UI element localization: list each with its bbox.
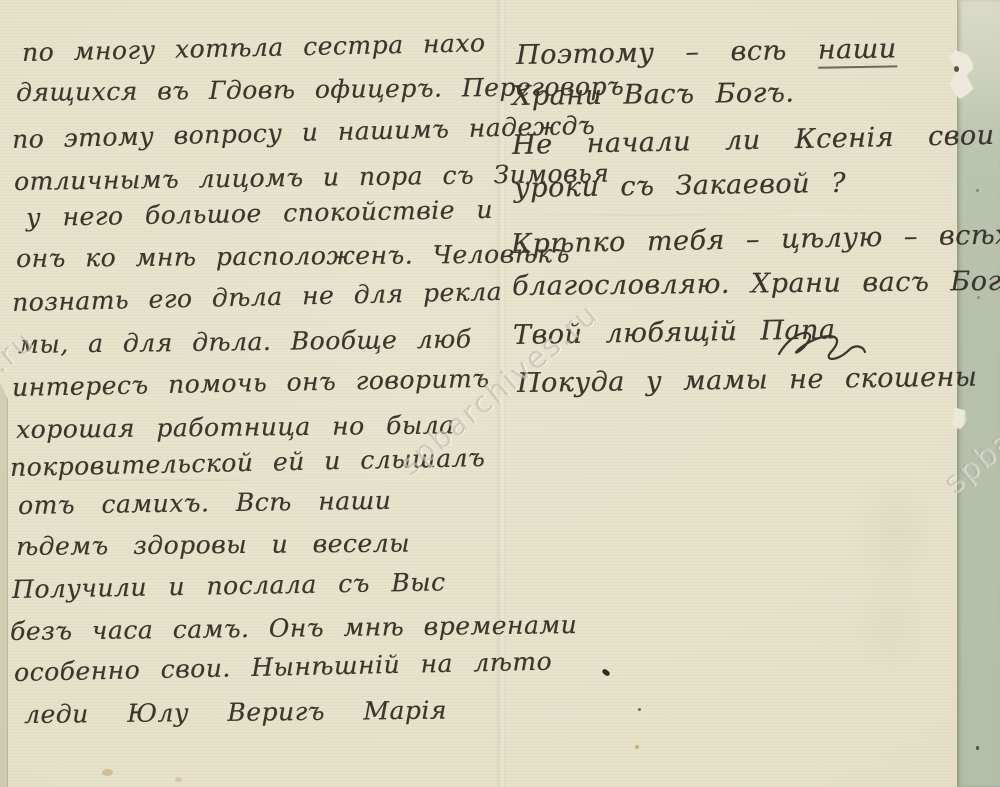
handwriting-line: Крѣпко тебя – цѣлую – всѣхъ xyxy=(511,219,1000,260)
tear-shadow xyxy=(954,66,959,72)
handwriting-line: благословляю. Храни васъ Богъ xyxy=(512,266,1000,302)
handwriting-line: отъ самихъ. Всѣ наши xyxy=(18,486,392,520)
ink-showthrough xyxy=(840,470,950,680)
handwriting-line: по многу хотѣла сестра нахо xyxy=(22,28,486,67)
underlying-page-edge xyxy=(0,383,8,787)
stain xyxy=(102,769,113,776)
dark-speck xyxy=(976,189,979,192)
handwriting-line: по этому вопросу и нашимъ надеждъ xyxy=(12,111,596,154)
paper-crease xyxy=(508,214,948,216)
handwriting-line: безъ часа самъ. Онъ мнѣ временами xyxy=(10,610,577,646)
handwriting-line: покровительской ей и слышалъ xyxy=(10,443,486,482)
backing-strip xyxy=(954,0,1000,787)
handwriting-line: у него большое спокойствіе и xyxy=(26,195,493,232)
handwriting-line: леди Юлу Веригъ Марія xyxy=(24,696,447,729)
handwriting-line: Покуда у мамы не скошены цвѣты xyxy=(517,360,1000,399)
ink-speck xyxy=(638,708,641,711)
stain-speck xyxy=(635,745,639,749)
handwriting-line: интересъ помочь онъ говоритъ xyxy=(12,364,490,402)
ink-speck xyxy=(601,668,610,677)
handwriting-line: Поэтому – всѣ наши xyxy=(516,33,897,71)
signature-flourish xyxy=(775,326,870,368)
handwriting-line: Храни Васъ Богъ. xyxy=(512,78,795,112)
handwriting-line: мы, а для дѣла. Вообще люб xyxy=(18,324,472,359)
stain xyxy=(175,777,182,782)
letter-sheet: по многу хотѣла сестра находящихся въ Гд… xyxy=(0,0,957,787)
handwriting-line: хорошая работница но была xyxy=(16,410,455,444)
letter-scan: по многу хотѣла сестра находящихся въ Гд… xyxy=(0,0,1000,787)
handwriting-line: Получили и послала съ Выс xyxy=(12,567,446,604)
handwriting-line: уроки съ Закаевой ? xyxy=(514,168,846,204)
underlined-word: наши xyxy=(817,33,896,68)
handwriting-line: ѣдемъ здоровы и веселы xyxy=(16,529,410,561)
handwriting-line: онъ ко мнѣ расположенъ. Человѣкъ xyxy=(16,239,570,273)
dark-speck xyxy=(977,296,980,299)
dark-speck xyxy=(976,746,979,750)
handwriting-line: познать его дѣла не для рекла xyxy=(12,277,503,317)
handwriting-line: особенно свои. Нынѣшній на лѣто xyxy=(14,647,553,687)
